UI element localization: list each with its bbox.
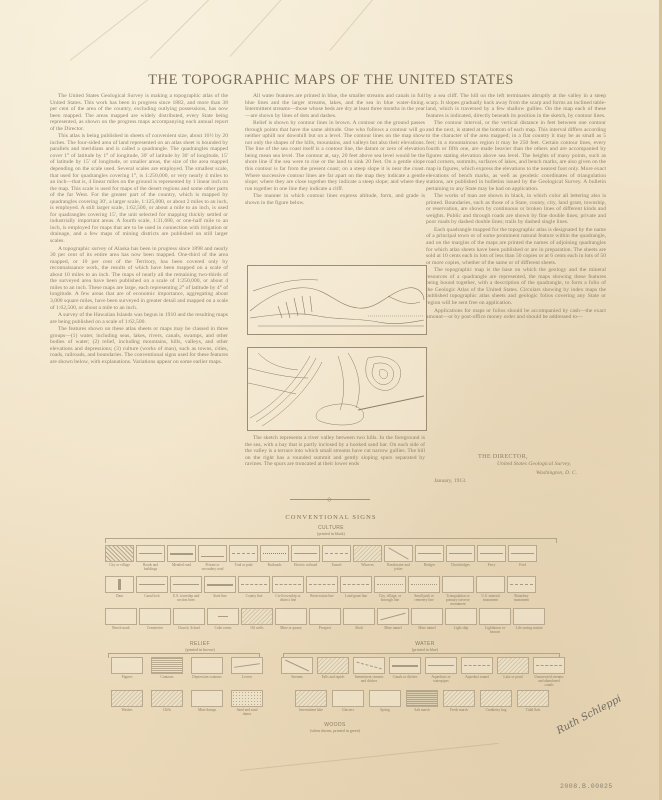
sign-label: Streams: [291, 675, 303, 679]
paragraph: This atlas is being published in sheets …: [50, 133, 228, 244]
sign-label: Ferry: [488, 563, 496, 567]
sign-swatch: [343, 608, 375, 625]
sign-swatch: [105, 545, 134, 562]
sign-label: City or village: [109, 563, 130, 567]
sign-label: Reservation line: [310, 594, 333, 598]
sign-private-road: Private or secondary road: [199, 545, 226, 571]
sign-streams: Streams: [282, 657, 312, 687]
sign-swatch: [272, 576, 304, 593]
sign-glaciers: Glaciers: [333, 690, 363, 712]
sign-label: Bench mark: [112, 626, 129, 630]
sign-label: Canal lock: [144, 594, 159, 598]
sign-dam: Dam: [106, 576, 133, 606]
sign-label: Coke ovens: [215, 626, 232, 630]
sign-swatch: [306, 576, 338, 593]
paragraph: The contour interval, or the vertical di…: [426, 120, 606, 192]
sign-mineral-monument: U.S. mineral monument: [477, 576, 504, 606]
sign-swatch: [260, 545, 289, 562]
sign-swatch: [281, 657, 313, 674]
sign-label: Church, School: [178, 626, 200, 630]
sign-spring: Spring: [370, 690, 400, 712]
sign-oil-wells: Oil wells: [242, 608, 272, 634]
sign-swatch: [231, 657, 263, 674]
text-column-1: The United States Geological Survey is m…: [50, 93, 228, 366]
sign-coke-ovens: Coke ovens: [208, 608, 238, 634]
sign-label: Falls and rapids: [322, 675, 345, 679]
sign-swatch: [408, 576, 440, 593]
sign-lighthouse: Lighthouse or beacon: [480, 608, 510, 634]
sign-falls-and-rapids: Falls and rapids: [318, 657, 348, 687]
sign-trail: Trail or path: [230, 545, 257, 571]
sign-swatch: [136, 576, 168, 593]
water-signs-row-1: Streams Falls and rapids Intermittent st…: [282, 657, 564, 687]
sign-label: U.S. mineral monument: [477, 594, 504, 602]
sign-label: Tidal flats: [526, 708, 541, 712]
sign-land-grant-line: Land grant line: [341, 576, 371, 606]
sign-swatch: [353, 545, 382, 562]
sign-swatch: [406, 690, 438, 707]
sign-depression-contours: Depression contours: [192, 657, 222, 679]
sign-label: Bridges: [424, 563, 435, 567]
sign-swatch: [173, 608, 205, 625]
culture-heading: CULTURE (printed in black): [270, 525, 392, 536]
sign-swatch: [507, 576, 536, 593]
sign-tunnel: Tunnel: [323, 545, 350, 571]
sign-cranberry-bog: Cranberry bog: [481, 690, 511, 712]
sign-swatch: [322, 545, 351, 562]
sign-label: Salt marsh: [414, 708, 429, 712]
sign-mine-or-quarry: Mine or quarry: [276, 608, 306, 634]
sign-swatch: [477, 545, 506, 562]
sign-label: Light ship: [454, 626, 469, 630]
sign-swatch: [241, 608, 273, 625]
sign-swatch: [377, 608, 409, 625]
sign-swatch: [151, 690, 183, 707]
sign-bridges: Bridges: [416, 545, 443, 571]
sign-label: Land grant line: [345, 594, 367, 598]
paragraph: The manner in which contour lines expres…: [245, 193, 425, 206]
sign-label: Lake or pond: [503, 675, 522, 679]
sign-label: Private or secondary road: [199, 563, 226, 571]
sign-figures: Figures: [112, 657, 142, 679]
paragraph: The topographic map is the base on which…: [426, 267, 606, 306]
sign-label: Canals or ditches: [393, 675, 418, 679]
landscape-sketch-illustration: [248, 266, 426, 334]
sign-label: City, village, or borough line: [375, 594, 405, 602]
sign-state-line: State line: [205, 576, 235, 606]
sign-boundary-monument: Boundary monument: [508, 576, 535, 606]
sign-swatch: [238, 576, 270, 593]
sign-swatch: [461, 657, 493, 674]
sign-swatch: [513, 608, 545, 625]
text-column-3: by a sea cliff. The hill on the left ter…: [426, 93, 606, 322]
sign-swatch: [517, 690, 549, 707]
sign-label: Metaled road: [172, 563, 191, 567]
sign-swatch: [191, 690, 223, 707]
woods-subheading: (when shown, printed in green): [290, 728, 380, 733]
culture-subheading: (printed in black): [270, 531, 392, 536]
sign-label: Prospect: [319, 626, 331, 630]
contour-map-figure: [247, 347, 427, 431]
sign-label: Railroads: [268, 563, 282, 567]
sign-swatch: [191, 657, 223, 674]
sign-label: Breakwater and jetties: [385, 563, 412, 571]
sign-swatch: [111, 690, 143, 707]
sign-swatch: [295, 690, 327, 707]
sign-swatch: [425, 657, 457, 674]
sign-swatch: [151, 657, 183, 674]
sign-label: Drawbridges: [451, 563, 470, 567]
sign-roads-and-buildings: Roads and buildings: [137, 545, 164, 571]
sign-canals-or-ditches: Canals or ditches: [390, 657, 420, 687]
document-title: THE TOPOGRAPHIC MAPS OF THE UNITED STATE…: [0, 72, 662, 89]
relief-subheading: (printed in brown): [160, 647, 240, 652]
signoff-addressee: THE DIRECTOR,: [478, 453, 528, 460]
sign-swatch: [136, 545, 165, 562]
sign-label: Aqueduct tunnel: [465, 675, 489, 679]
sign-label: Roads and buildings: [137, 563, 164, 571]
sign-bench-mark: Bench mark: [106, 608, 136, 634]
landscape-sketch-figure: [247, 265, 427, 335]
sign-label: Oil wells: [250, 626, 263, 630]
sign-label: Life saving station: [516, 626, 543, 630]
sign-label: Tunnel: [331, 563, 341, 567]
sign-drawbridges: Drawbridges: [447, 545, 474, 571]
culture-signs-row-2: Dam Canal lock U.S. township and section…: [106, 576, 535, 606]
sign-lake-or-pond: Lake or pond: [498, 657, 528, 687]
sign-wharves: Wharves: [354, 545, 381, 571]
sign-label: Spring: [380, 708, 390, 712]
sign-swatch: [443, 690, 475, 707]
sign-salt-marsh: Salt marsh: [407, 690, 437, 712]
sign-aqueduct-tunnel: Aqueduct tunnel: [462, 657, 492, 687]
paragraph: The sketch represents a river valley bet…: [245, 435, 425, 468]
diamond-ornament-icon: ◇: [327, 496, 332, 503]
sign-swatch: [170, 576, 202, 593]
sign-swatch: [374, 576, 406, 593]
sign-fresh-marsh: Fresh marsh: [444, 690, 474, 712]
paragraph: The features shown on these atlas sheets…: [50, 326, 228, 365]
sign-label: State line: [213, 594, 226, 598]
sign-swatch: [446, 545, 475, 562]
sign-swatch: [332, 690, 364, 707]
culture-signs-row-3: Bench mark Cemeteries Church, School Cok…: [106, 608, 544, 634]
sign-contours: Contours: [152, 657, 182, 679]
sign-park-cemetery-line: Small park or cemetery line: [409, 576, 439, 606]
sign-ferry: Ferry: [478, 545, 505, 571]
sign-breakwater: Breakwater and jetties: [385, 545, 412, 571]
paragraph: All water features are printed in blue, …: [245, 93, 425, 119]
sign-swatch: [442, 576, 474, 593]
sign-swatch: [353, 657, 385, 674]
sign-township-lines: U.S. township and section lines: [171, 576, 201, 606]
sign-swatch: [369, 690, 401, 707]
sign-swatch: [533, 657, 565, 674]
section-divider-ornament: ◇: [290, 496, 370, 502]
sign-swatch: [497, 657, 529, 674]
sign-mine-tunnel: Mine tunnel: [378, 608, 408, 634]
sign-label: Ford: [519, 563, 526, 567]
sign-label: Glaciers: [342, 708, 354, 712]
sign-swatch: [476, 576, 505, 593]
sign-electric-railroad: Electric railroad: [292, 545, 319, 571]
sign-reservation-line: Reservation line: [307, 576, 337, 606]
sign-swatch: [309, 608, 341, 625]
sign-swatch: [508, 545, 537, 562]
sign-mine-tunnel-2: Mine tunnel: [412, 608, 442, 634]
sign-swatch: [340, 576, 372, 593]
sign-swatch: [384, 545, 413, 562]
sign-label: Mine tunnel: [384, 626, 401, 630]
sign-swatch: [231, 690, 263, 707]
paragraph: Applications for maps or folios should b…: [426, 308, 606, 321]
catalog-number: 2008.B.00025: [560, 783, 613, 790]
sign-triangulation-monument: Triangulation or primary traverse monume…: [443, 576, 473, 606]
sign-washes: Washes: [112, 690, 142, 716]
sign-label: Lighthouse or beacon: [480, 626, 510, 634]
sign-label: Trail or path: [235, 563, 253, 567]
document-date: January, 1913.: [434, 478, 466, 484]
sign-swatch: [291, 545, 320, 562]
sign-label: Washes: [122, 708, 133, 712]
paragraph: by a sea cliff. The hill on the left ter…: [426, 93, 606, 119]
sign-swatch: [105, 576, 134, 593]
sign-label: Contours: [160, 675, 173, 679]
sign-railroads: Railroads: [261, 545, 288, 571]
paragraph: A survey of the Hawaiian Islands was beg…: [50, 312, 228, 325]
sign-swatch: [207, 608, 239, 625]
sign-city-or-village: City or village: [106, 545, 133, 571]
sign-mine-dumps: Mine dumps: [192, 690, 222, 716]
sign-label: County line: [246, 594, 263, 598]
sign-label: Mine tunnel: [418, 626, 435, 630]
relief-signs-row-2: Washes Cliffs Mine dumps Sand and sand d…: [112, 690, 262, 716]
sign-swatch: [480, 690, 512, 707]
sign-swatch: [411, 608, 443, 625]
sign-label: Small park or cemetery line: [409, 594, 439, 602]
sign-county-line: County line: [239, 576, 269, 606]
sign-label: U.S. township and section lines: [171, 594, 201, 602]
sign-intermittent-lake: Intermittent lake: [296, 690, 326, 712]
sign-label: Levees: [242, 675, 252, 679]
sign-unsurveyed-streams: Unsurveyed streams and abandoned canals: [534, 657, 564, 687]
sign-label: Triangulation or primary traverse monume…: [443, 594, 473, 606]
sign-swatch: [204, 576, 236, 593]
sign-ford: Ford: [509, 545, 536, 571]
text-column-2: All water features are printed in blue, …: [245, 93, 425, 207]
water-subheading: (printed in blue): [385, 647, 465, 652]
sign-canal-lock: Canal lock: [137, 576, 167, 606]
sign-metaled-road: Metaled road: [168, 545, 195, 571]
sign-cliffs: Cliffs: [152, 690, 182, 716]
sign-label: Aqueducts or waterpipes: [426, 675, 456, 683]
sign-label: Civil township or district line: [273, 594, 303, 602]
culture-bracket: [105, 538, 557, 543]
sign-light-ship: Light ship: [446, 608, 476, 634]
sign-label: Cliffs: [163, 708, 171, 712]
sign-label: Mine or quarry: [280, 626, 302, 630]
sign-label: Intermittent lake: [299, 708, 323, 712]
paragraph: Relief is shown by contour lines in brow…: [245, 120, 425, 192]
sign-tidal-flats: Tidal flats: [518, 690, 548, 712]
sign-swatch: [198, 545, 227, 562]
sign-label: Cemeteries: [147, 626, 163, 630]
relief-signs-row-1: Figures Contours Depression contours Lev…: [112, 657, 262, 679]
text-column-2-continued: The sketch represents a river valley bet…: [245, 435, 425, 469]
sign-aqueducts: Aqueducts or waterpipes: [426, 657, 456, 687]
conventional-signs-title: CONVENTIONAL SIGNS: [0, 514, 662, 521]
sign-label: Mine dumps: [198, 708, 216, 712]
sign-swatch: [111, 657, 143, 674]
sign-cemeteries: Cemeteries: [140, 608, 170, 634]
sign-label: Cranberry bog: [486, 708, 507, 712]
sign-label: Boundary monument: [508, 594, 535, 602]
sign-label: Sand and sand dunes: [232, 708, 262, 716]
sign-swatch: [389, 657, 421, 674]
paragraph: Each quadrangle mapped for the topograph…: [426, 227, 606, 266]
contour-map-illustration: [248, 348, 426, 430]
sign-swatch: [275, 608, 307, 625]
sign-church-school: Church, School: [174, 608, 204, 634]
sign-label: Intermittent streams and ditches: [354, 675, 384, 683]
sign-sand-dunes: Sand and sand dunes: [232, 690, 262, 716]
sign-label: Fresh marsh: [450, 708, 468, 712]
sign-swatch: [479, 608, 511, 625]
paragraph: The works of man are shown in black, in …: [426, 193, 606, 226]
sign-levees: Levees: [232, 657, 262, 679]
sign-label: Depression contours: [192, 675, 221, 679]
sign-swatch: [445, 608, 477, 625]
sign-shaft: Shaft: [344, 608, 374, 634]
sign-swatch: [167, 545, 196, 562]
sign-swatch: [415, 545, 444, 562]
sign-swatch: [229, 545, 258, 562]
signoff-location: Washington, D. C.: [536, 470, 577, 476]
relief-heading: RELIEF (printed in brown): [160, 641, 240, 652]
sign-label: Unsurveyed streams and abandoned canals: [534, 675, 564, 687]
culture-signs-row-1: City or village Roads and buildings Meta…: [106, 545, 536, 571]
water-heading: WATER (printed in blue): [385, 641, 465, 652]
sign-intermittent-streams: Intermittent streams and ditches: [354, 657, 384, 687]
sign-city-line: City, village, or borough line: [375, 576, 405, 606]
sign-label: Shaft: [355, 626, 363, 630]
sign-swatch: [105, 608, 137, 625]
sign-label: Figures: [122, 675, 133, 679]
woods-heading: WOODS (when shown, printed in green): [290, 722, 380, 733]
sign-swatch: [317, 657, 349, 674]
sign-life-saving-station: Life saving station: [514, 608, 544, 634]
sign-prospect: Prospect: [310, 608, 340, 634]
sign-label: Wharves: [361, 563, 374, 567]
sign-swatch: [139, 608, 171, 625]
sign-label: Dam: [116, 594, 123, 598]
paragraph: A topographic survey of Alaska has been …: [50, 246, 228, 311]
sign-label: Electric railroad: [294, 563, 317, 567]
sign-civil-township-line: Civil township or district line: [273, 576, 303, 606]
paragraph: The United States Geological Survey is m…: [50, 93, 228, 132]
water-signs-row-2: Intermittent lake Glaciers Spring Salt m…: [296, 690, 548, 712]
signoff-organization: United States Geological Survey,: [497, 461, 571, 467]
